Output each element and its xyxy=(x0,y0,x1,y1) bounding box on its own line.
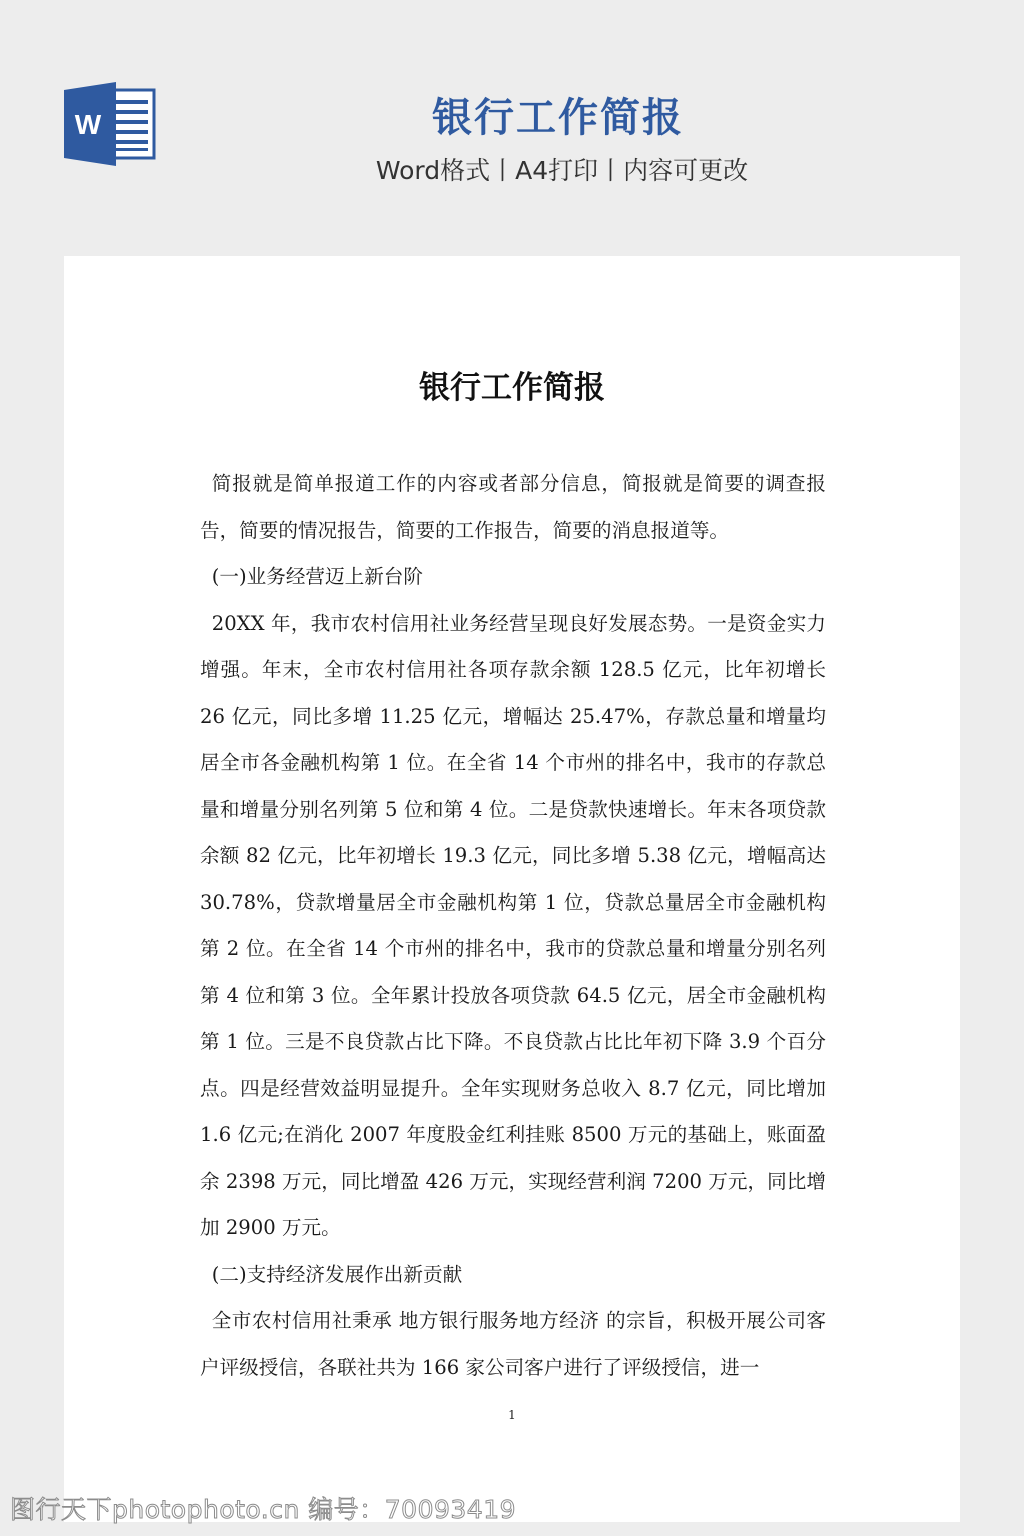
body-paragraph: 全市农村信用社秉承 地方银行服务地方经济 的宗旨，积极开展公司客户评级授信，各联… xyxy=(200,1298,826,1391)
banner-header: W 银行工作简报 Word格式丨A4打印丨内容可更改 xyxy=(0,0,1024,256)
banner-subtitle: Word格式丨A4打印丨内容可更改 xyxy=(0,152,1024,190)
section-heading: (二)支持经济发展作出新贡献 xyxy=(200,1252,826,1299)
document-title: 银行工作简报 xyxy=(64,366,960,410)
document-page: 银行工作简报 简报就是简单报道工作的内容或者部分信息，简报就是简要的调查报告，简… xyxy=(64,256,960,1522)
section-heading: (一)业务经营迈上新台阶 xyxy=(200,554,826,601)
body-paragraph: 20XX 年，我市农村信用社业务经营呈现良好发展态势。一是资金实力增强。年末，全… xyxy=(200,601,826,1252)
document-body: 简报就是简单报道工作的内容或者部分信息，简报就是简要的调查报告，简要的情况报告，… xyxy=(200,461,826,1391)
intro-paragraph: 简报就是简单报道工作的内容或者部分信息，简报就是简要的调查报告，简要的情况报告，… xyxy=(200,461,826,554)
watermark: 图行天下photophoto.cn 编号：70093419 xyxy=(10,1490,516,1526)
page-number: 1 xyxy=(64,1408,960,1422)
banner-title: 银行工作简报 xyxy=(0,92,1024,144)
